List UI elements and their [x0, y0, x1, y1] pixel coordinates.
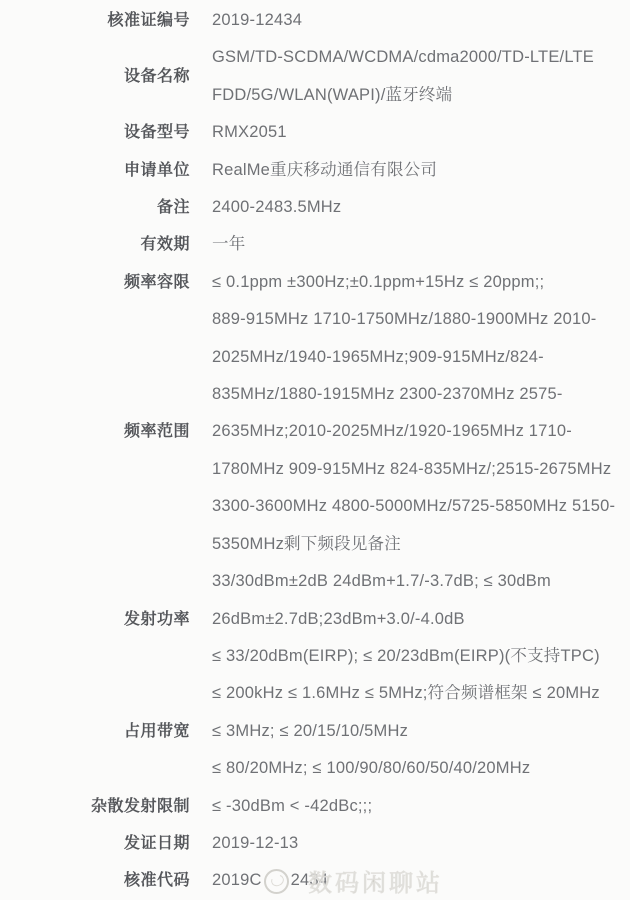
row-value: 889-915MHz 1710-1750MHz/1880-1900MHz 201… [190, 301, 615, 563]
value-line: ≤ 3MHz; ≤ 20/15/10/5MHz [212, 713, 600, 750]
row-label: 频率容限 [0, 264, 190, 301]
table-row: 频率范围889-915MHz 1710-1750MHz/1880-1900MHz… [0, 301, 630, 563]
value-line: RealMe重庆移动通信有限公司 [212, 152, 437, 189]
row-label: 核准证编号 [0, 2, 190, 39]
watermark-logo-icon [264, 869, 289, 894]
table-row: 备注2400-2483.5MHz [0, 189, 630, 226]
row-label: 申请单位 [0, 152, 190, 189]
value-line: 2400-2483.5MHz [212, 189, 341, 226]
row-label: 频率范围 [0, 413, 190, 450]
value-line: ≤ 0.1ppm ±300Hz;±0.1ppm+15Hz ≤ 20ppm;; [212, 264, 544, 301]
row-value: 2019-12-13 [190, 825, 298, 862]
row-label: 核准代码 [0, 862, 190, 899]
row-value: RealMe重庆移动通信有限公司 [190, 152, 437, 189]
row-value: 2019-12434 [190, 2, 302, 39]
certification-sheet: 核准证编号2019-12434设备名称GSM/TD-SCDMA/WCDMA/cd… [0, 0, 630, 900]
table-row: 占用带宽≤ 200kHz ≤ 1.6MHz ≤ 5MHz;符合频谱框架 ≤ 20… [0, 675, 630, 787]
row-label: 发证日期 [0, 825, 190, 862]
row-value: 一年 [190, 226, 245, 263]
table-row: 频率容限≤ 0.1ppm ±300Hz;±0.1ppm+15Hz ≤ 20ppm… [0, 264, 630, 301]
value-line: GSM/TD-SCDMA/WCDMA/cdma2000/TD-LTE/LTE [212, 39, 594, 76]
watermark-text: 数码闲聊站 [308, 865, 443, 900]
row-label: 占用带宽 [0, 713, 190, 750]
value-line: 一年 [212, 226, 245, 263]
value-line: 889-915MHz 1710-1750MHz/1880-1900MHz 201… [212, 301, 615, 338]
row-value: 33/30dBm±2dB 24dBm+1.7/-3.7dB; ≤ 30dBm26… [190, 563, 600, 675]
row-label: 杂散发射限制 [0, 788, 190, 825]
row-label: 备注 [0, 189, 190, 226]
value-line: 33/30dBm±2dB 24dBm+1.7/-3.7dB; ≤ 30dBm [212, 563, 600, 600]
row-value: ≤ -30dBm < -42dBc;;; [190, 788, 372, 825]
table-row: 发证日期2019-12-13 [0, 825, 630, 862]
value-line: ≤ 200kHz ≤ 1.6MHz ≤ 5MHz;符合频谱框架 ≤ 20MHz [212, 675, 600, 712]
table-row: 核准代码2019C2434数码闲聊站 [0, 862, 630, 899]
value-line: 5350MHz剩下频段见备注 [212, 526, 615, 563]
value-line: ≤ 80/20MHz; ≤ 100/90/80/60/50/40/20MHz [212, 750, 600, 787]
row-value: ≤ 0.1ppm ±300Hz;±0.1ppm+15Hz ≤ 20ppm;; [190, 264, 544, 301]
value-line: 2025MHz/1940-1965MHz;909-915MHz/824- [212, 339, 615, 376]
row-value: 2400-2483.5MHz [190, 189, 341, 226]
row-value: RMX2051 [190, 114, 287, 151]
value-line: RMX2051 [212, 114, 287, 151]
value-line: ≤ -30dBm < -42dBc;;; [212, 788, 372, 825]
approval-code-prefix: 2019C [212, 862, 262, 899]
row-label: 设备名称 [0, 58, 190, 95]
value-line: 26dBm±2.7dB;23dBm+3.0/-4.0dB [212, 601, 600, 638]
row-value: GSM/TD-SCDMA/WCDMA/cdma2000/TD-LTE/LTEFD… [190, 39, 594, 114]
value-line: FDD/5G/WLAN(WAPI)/蓝牙终端 [212, 77, 594, 114]
row-value: 2019C2434数码闲聊站 [190, 862, 328, 899]
table-row: 设备型号RMX2051 [0, 114, 630, 151]
value-line: 3300-3600MHz 4800-5000MHz/5725-5850MHz 5… [212, 488, 615, 525]
table-row: 有效期一年 [0, 226, 630, 263]
table-rows: 核准证编号2019-12434设备名称GSM/TD-SCDMA/WCDMA/cd… [0, 2, 630, 900]
value-line: ≤ 33/20dBm(EIRP); ≤ 20/23dBm(EIRP)(不支持TP… [212, 638, 600, 675]
approval-code-line: 2019C2434数码闲聊站 [212, 862, 328, 899]
row-value: ≤ 200kHz ≤ 1.6MHz ≤ 5MHz;符合频谱框架 ≤ 20MHz≤… [190, 675, 600, 787]
value-line: 2019-12434 [212, 2, 302, 39]
row-label: 有效期 [0, 226, 190, 263]
value-line: 2019-12-13 [212, 825, 298, 862]
table-row: 核准证编号2019-12434 [0, 2, 630, 39]
value-line: 2635MHz;2010-2025MHz/1920-1965MHz 1710- [212, 413, 615, 450]
value-line: 835MHz/1880-1915MHz 2300-2370MHz 2575- [212, 376, 615, 413]
row-label: 设备型号 [0, 114, 190, 151]
table-row: 发射功率33/30dBm±2dB 24dBm+1.7/-3.7dB; ≤ 30d… [0, 563, 630, 675]
value-line: 1780MHz 909-915MHz 824-835MHz/;2515-2675… [212, 451, 615, 488]
table-row: 申请单位RealMe重庆移动通信有限公司 [0, 152, 630, 189]
table-row: 设备名称GSM/TD-SCDMA/WCDMA/cdma2000/TD-LTE/L… [0, 39, 630, 114]
row-label: 发射功率 [0, 601, 190, 638]
table-row: 杂散发射限制≤ -30dBm < -42dBc;;; [0, 788, 630, 825]
